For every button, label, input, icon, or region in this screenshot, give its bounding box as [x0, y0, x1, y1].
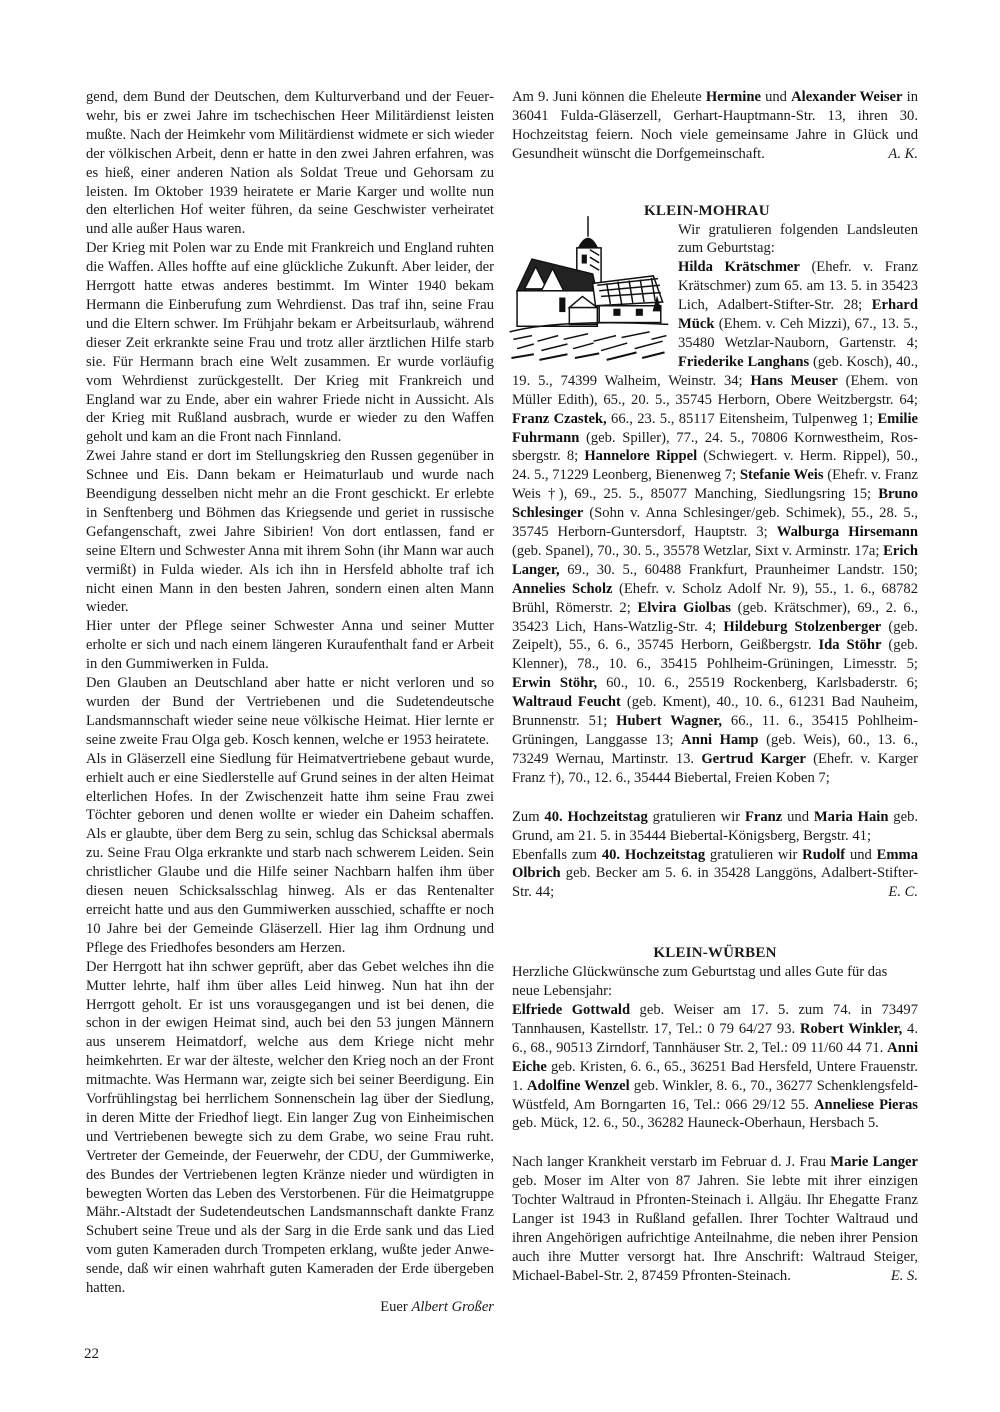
- birthday-list: Elfriede Gottwald geb. Weiser am 17. 5. …: [512, 1001, 918, 1133]
- section-klein-mohrau: KLEIN-MOHRAU: [512, 202, 918, 903]
- signature-prefix: Euer: [380, 1299, 408, 1315]
- person-name: Marie Langer: [830, 1154, 918, 1170]
- obituary-marie-langer: Nach langer Krankheit verstarb im Februa…: [512, 1153, 918, 1285]
- section-klein-wuerben: KLEIN-WÜRBEN Herzliche Glückwünsche zum …: [512, 944, 918, 1285]
- right-column: Am 9. Juni können die Eheleute Hermine u…: [512, 88, 918, 1286]
- section-intro: Herzliche Glückwünsche zum Geburtstag un…: [512, 963, 918, 1001]
- person-name: Alexander Wei­ser: [791, 89, 902, 105]
- person-name: Friederike Lang­hans: [678, 354, 809, 370]
- person-name: Hermine: [706, 89, 761, 105]
- section-title: KLEIN-WÜRBEN: [512, 944, 918, 963]
- article-paragraph: Hier unter der Pflege seiner Schwester A…: [86, 617, 494, 674]
- article-paragraph: gend, dem Bund der Deutschen, dem Kultur…: [86, 88, 494, 239]
- person-name: Elvira Giol­bas: [637, 600, 730, 616]
- person-name: Hans Meuser: [750, 373, 837, 389]
- person-name: Annelies Scholz: [512, 581, 613, 597]
- person-name: Adolfine Wenzel: [527, 1078, 630, 1094]
- article-paragraph: Der Krieg mit Polen war zu Ende mit Fran…: [86, 239, 494, 447]
- left-column-article: gend, dem Bund der Deutschen, dem Kultur…: [86, 88, 494, 1317]
- wedding-anniversary-olbrich: Ebenfalls zum 40. Hochzeitstag gratulier…: [512, 846, 918, 903]
- person-name: Erwin Stöhr,: [512, 675, 597, 691]
- article-signature: Euer Albert Großer: [86, 1298, 494, 1317]
- person-name: Rudolf: [802, 847, 845, 863]
- person-name: Stefanie Weis: [740, 467, 824, 483]
- person-name: Maria Hain: [814, 809, 889, 825]
- person-name: Anneliese Pieras: [814, 1097, 918, 1113]
- person-name: Hu­bert Wagner,: [616, 713, 722, 729]
- person-name: Hilda Krätschmer: [678, 259, 800, 275]
- person-name: Robert Wink­ler,: [800, 1021, 902, 1037]
- person-name: Franz Cza­stek,: [512, 411, 607, 427]
- person-name: Elfriede Gottwald: [512, 1002, 630, 1018]
- page-number: 22: [84, 1346, 99, 1363]
- person-name: Ida Stöhr: [818, 637, 881, 653]
- person-name: Franz: [745, 809, 782, 825]
- wedding-anniversary-hain: Zum 40. Hochzeitstag gratulieren wir Fra…: [512, 808, 918, 846]
- person-name: Hildeburg Stolzenberger: [723, 619, 881, 635]
- person-name: Hannelore Rippel: [584, 448, 697, 464]
- signature-author: Albert Großer: [411, 1299, 494, 1315]
- person-name: Anni Hamp: [681, 732, 758, 748]
- person-name: Gertrud Karger: [701, 751, 806, 767]
- church-village-illustration: [504, 205, 672, 371]
- notice-signature: A. K.: [888, 145, 918, 164]
- notice-signature: E. C.: [888, 883, 918, 902]
- person-name: Wal­burga Hirsemann: [777, 524, 918, 540]
- anniversary-notice-weiser: Am 9. Juni können die Eheleute Hermine u…: [512, 88, 918, 164]
- person-name: Waltraud Feucht: [512, 694, 621, 710]
- article-paragraph: Der Herrgott hat ihn schwer geprüft, abe…: [86, 958, 494, 1298]
- article-paragraph: Den Glauben an Deutschland aber hatte er…: [86, 674, 494, 750]
- article-paragraph: Zwei Jahre stand er dort im Stellungskri…: [86, 447, 494, 617]
- notice-signature: E. S.: [891, 1267, 918, 1286]
- article-paragraph: Als in Gläserzell eine Siedlung für Heim…: [86, 750, 494, 958]
